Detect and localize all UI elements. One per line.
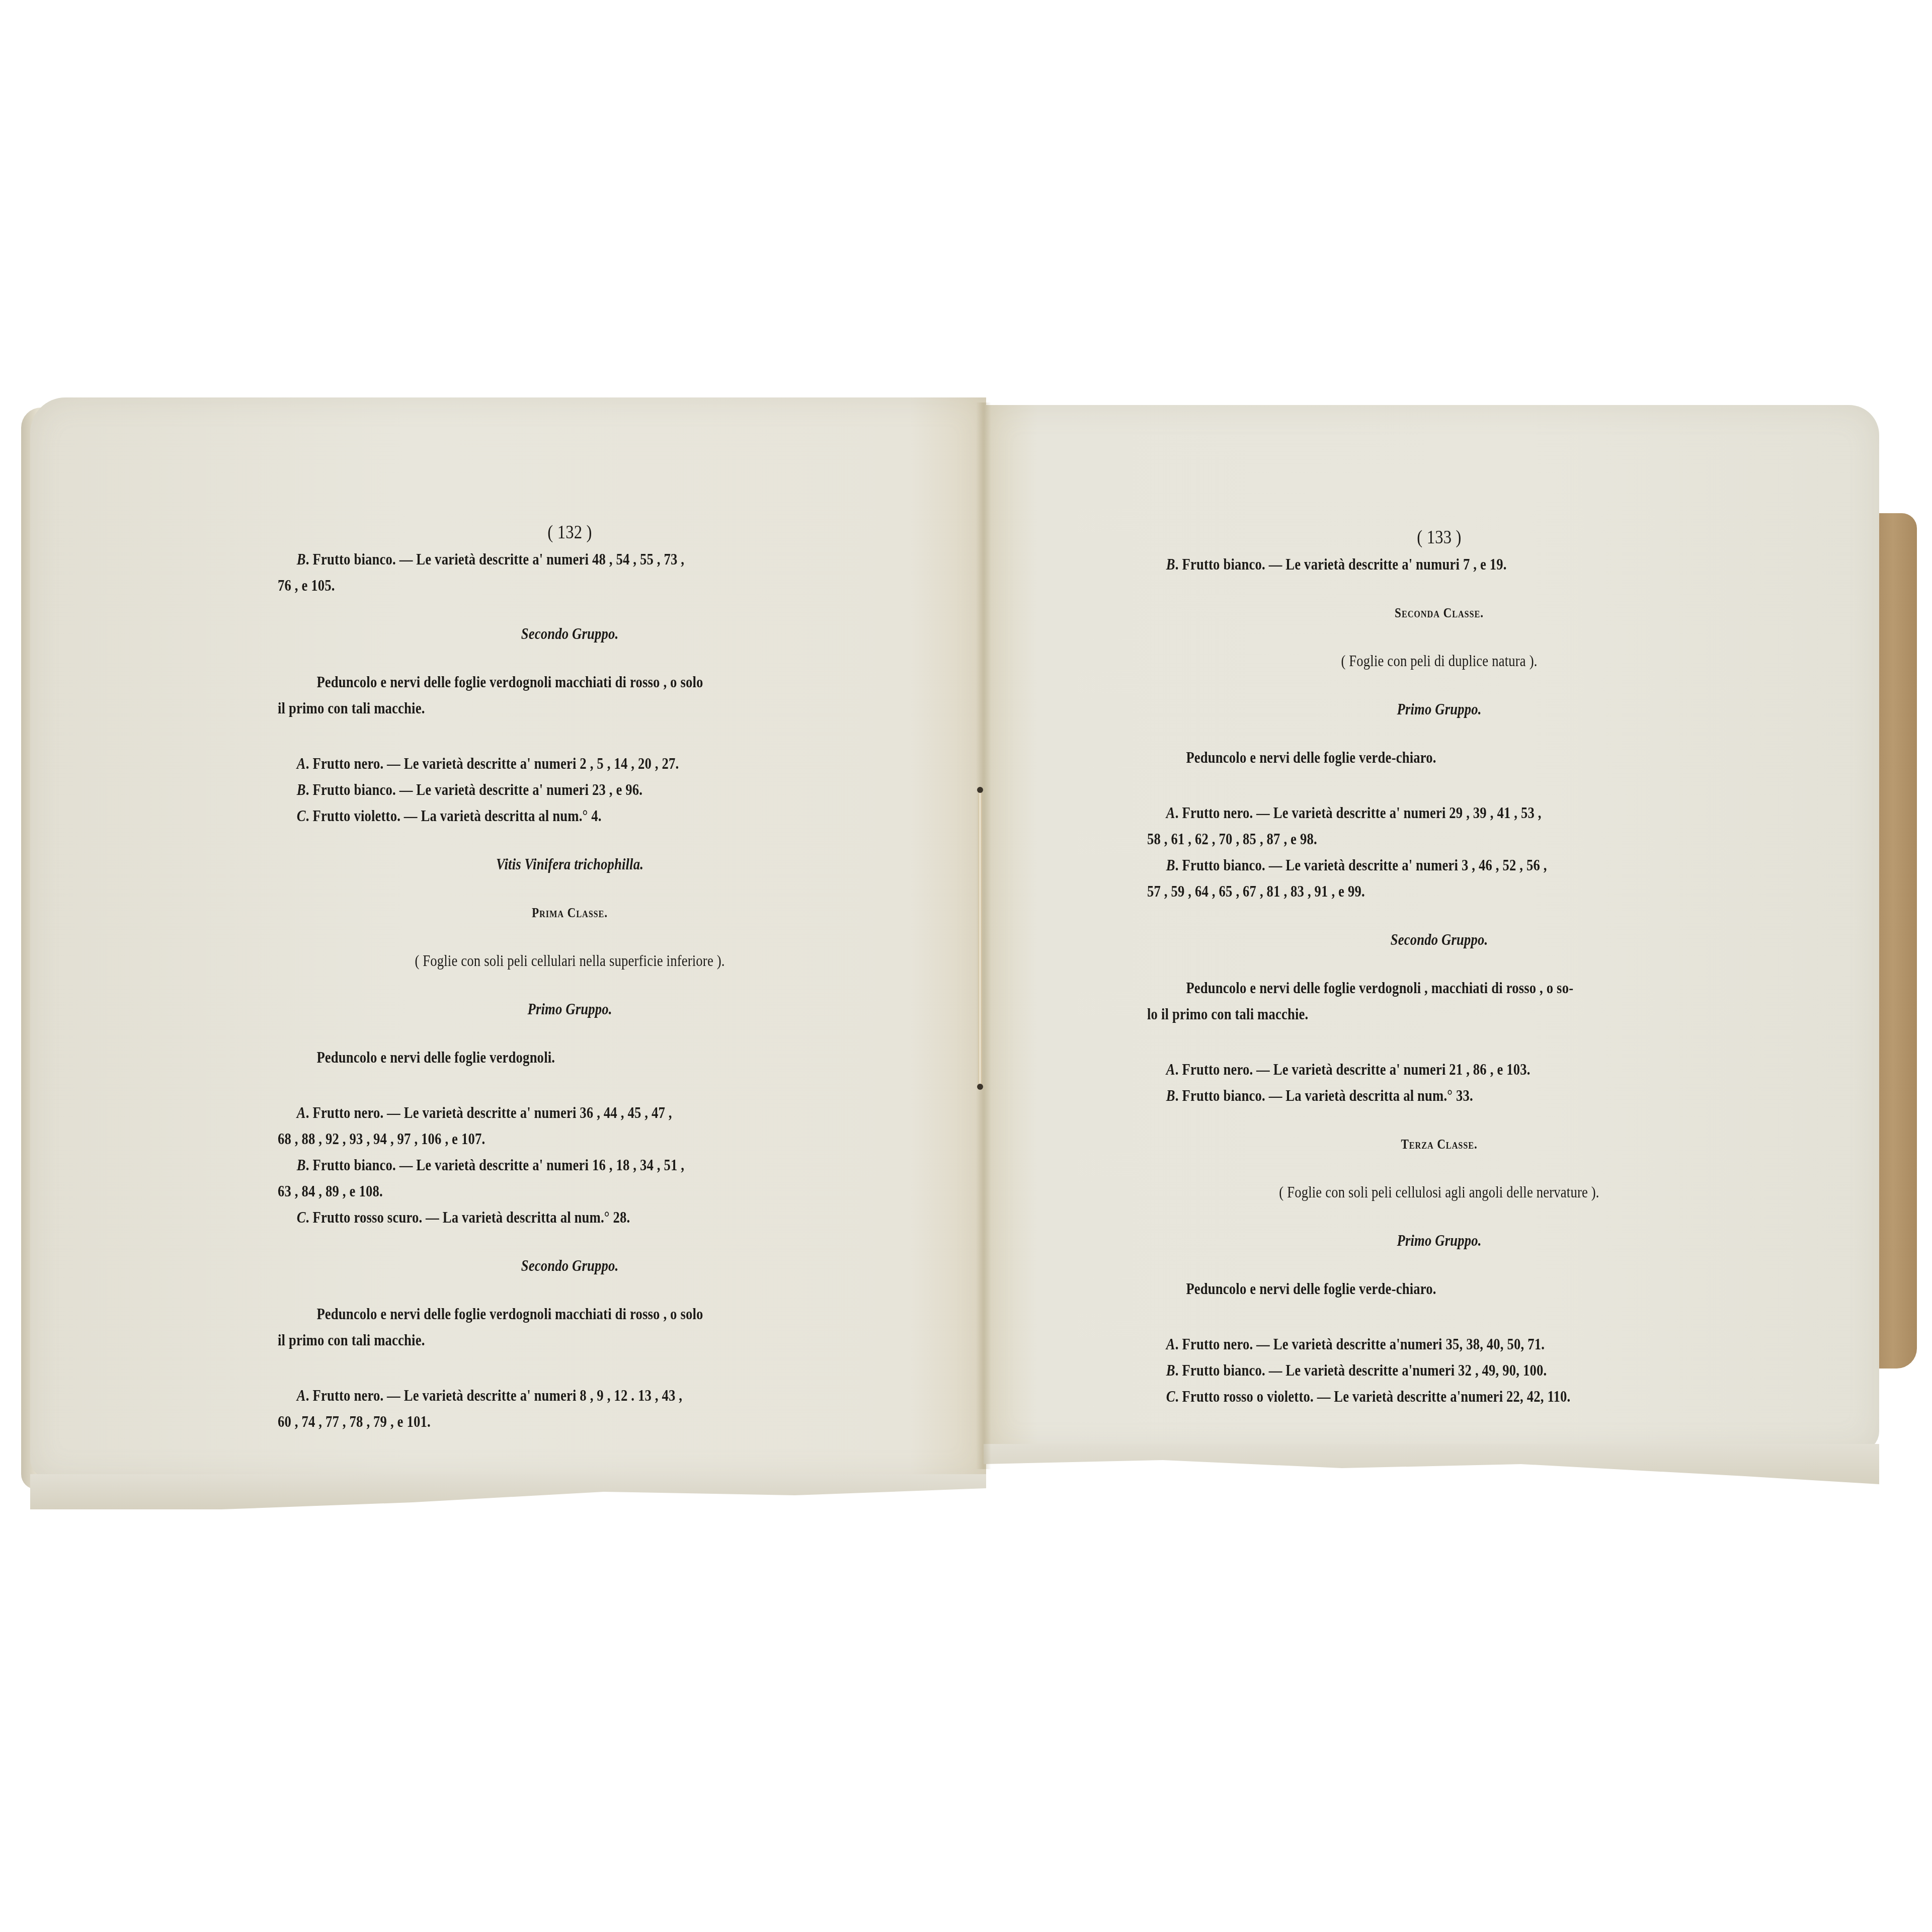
spacer (278, 1071, 862, 1100)
entry-text: — Le varietà descritte a' numeri 36 , 44… (387, 1104, 672, 1121)
section-heading: Secondo Gruppo. (278, 1253, 862, 1279)
right-page-torn-edge (984, 1444, 1879, 1484)
entry-continuation: 76 , e 105. (278, 573, 862, 599)
paragraph-text: Peduncolo e nervi delle foglie verdognol… (1186, 979, 1573, 997)
entry-letter: A (1166, 1061, 1175, 1078)
left-page-content: B. Frutto bianco. — Le varietà descritte… (278, 546, 862, 1435)
variety-entry: B. Frutto bianco. — Le varietà descritte… (278, 546, 862, 599)
spacer (1147, 578, 1731, 600)
entry-text: — Le varietà descritte a'numeri 22, 42, … (1317, 1388, 1571, 1405)
entry-letter: B (297, 781, 306, 798)
variety-entry: A. Frutto nero. — Le varietà descritte a… (278, 1383, 862, 1435)
open-book: ( 132 ) B. Frutto bianco. — Le varietà d… (0, 0, 1932, 1932)
paragraph-continuation: lo il primo con tali macchie. (1147, 1001, 1731, 1027)
entry-text: — La varietà descritta al num.° 33. (1269, 1087, 1473, 1104)
spacer (1147, 1254, 1731, 1276)
variety-entry: A. Frutto nero. — Le varietà descritte a… (278, 1100, 862, 1152)
spacer (278, 1022, 862, 1044)
entry-label: Frutto nero. (1182, 1335, 1253, 1353)
entry-text: — Le varietà descritte a'numeri 35, 38, … (1256, 1335, 1545, 1353)
spacer (278, 926, 862, 948)
entry-text: — La varietà descritta al num.° 4. (404, 807, 602, 825)
description-paragraph: Peduncolo e nervi delle foglie verdognol… (278, 1301, 862, 1327)
spacer (1147, 1027, 1731, 1057)
entry-text: — Le varietà descritte a' numeri 21 , 86… (1256, 1061, 1530, 1078)
paragraph-text: Peduncolo e nervi delle foglie verde-chi… (1186, 1280, 1436, 1298)
entry-label: Frutto rosso o violetto. (1182, 1388, 1313, 1405)
spacer (1147, 1157, 1731, 1179)
description-paragraph: Peduncolo e nervi delle foglie verdognol… (278, 1044, 862, 1071)
entry-label: Frutto bianco. (1182, 1087, 1265, 1104)
entry-text: — Le varietà descritte a' numeri 48 , 54… (399, 550, 684, 568)
section-heading: Primo Gruppo. (278, 996, 862, 1022)
paragraph-continuation: il primo con tali macchie. (278, 695, 862, 721)
spacer (1147, 771, 1731, 800)
spacer (1147, 1302, 1731, 1331)
entry-text: — Le varietà descritte a'numeri 32 , 49,… (1269, 1361, 1547, 1379)
spacer (1147, 953, 1731, 975)
variety-entry: B. Frutto bianco. — Le varietà descritte… (1147, 852, 1731, 905)
entry-label: Frutto nero. (1182, 1061, 1253, 1078)
binding-thread (978, 790, 982, 1087)
entry-letter: A (297, 755, 306, 772)
spacer (278, 1353, 862, 1383)
paragraph-text: Peduncolo e nervi delle foglie verdognol… (316, 1305, 703, 1323)
entry-label: Frutto nero. (312, 1104, 383, 1121)
spacer (278, 829, 862, 851)
entry-label: Frutto nero. (312, 1387, 383, 1404)
variety-entry: B. Frutto bianco. — Le varietà descritte… (278, 1152, 862, 1204)
entry-label: Frutto violetto. (312, 807, 400, 825)
right-page-content: B. Frutto bianco. — Le varietà descritte… (1147, 551, 1731, 1410)
paragraph-text: Peduncolo e nervi delle foglie verdognol… (316, 1049, 555, 1066)
variety-entry: A. Frutto nero. — Le varietà descritte a… (1147, 800, 1731, 852)
section-heading: Primo Gruppo. (1147, 1228, 1731, 1254)
paragraph-text: Peduncolo e nervi delle foglie verdognol… (316, 673, 703, 691)
description-paragraph: Peduncolo e nervi delle foglie verde-chi… (1147, 1276, 1731, 1302)
variety-entry: A. Frutto nero. — Le varietà descritte a… (1147, 1331, 1731, 1357)
entry-letter: A (1166, 1335, 1175, 1353)
entry-text: — Le varietà descritte a' numeri 3 , 46 … (1269, 856, 1547, 874)
description-paragraph: Peduncolo e nervi delle foglie verdognol… (1147, 975, 1731, 1001)
variety-entry: B. Frutto bianco. — La varietà descritta… (1147, 1083, 1731, 1109)
class-description: ( Foglie con peli di duplice natura ). (1147, 648, 1731, 674)
spacer (278, 721, 862, 751)
spacer (1147, 674, 1731, 696)
entry-letter: B (1166, 1361, 1175, 1379)
entry-continuation: 63 , 84 , 89 , e 108. (278, 1178, 862, 1204)
section-heading: Secondo Gruppo. (278, 621, 862, 647)
variety-entry: B. Frutto bianco. — Le varietà descritte… (1147, 551, 1731, 578)
entry-label: Frutto nero. (312, 755, 383, 772)
class-heading: Seconda Classe. (1147, 600, 1731, 626)
variety-entry: A. Frutto nero. — Le varietà descritte a… (1147, 1057, 1731, 1083)
entry-letter: C (297, 807, 306, 825)
entry-label: Frutto bianco. (1182, 1361, 1265, 1379)
entry-text: — Le varietà descritte a' numeri 16 , 18… (399, 1156, 684, 1174)
spacer (1147, 1205, 1731, 1228)
class-heading: Terza Classe. (1147, 1131, 1731, 1157)
spacer (1147, 626, 1731, 648)
variety-entry: C. Frutto rosso scuro. — La varietà desc… (278, 1204, 862, 1231)
entry-continuation: 57 , 59 , 64 , 65 , 67 , 81 , 83 , 91 , … (1147, 878, 1731, 905)
entry-letter: B (297, 550, 306, 568)
entry-text: — Le varietà descritte a' numeri 8 , 9 ,… (387, 1387, 682, 1404)
entry-label: Frutto bianco. (312, 550, 395, 568)
spacer (1147, 722, 1731, 745)
variety-entry: C. Frutto violetto. — La varietà descrit… (278, 803, 862, 829)
entry-label: Frutto nero. (1182, 804, 1253, 822)
right-page-text: ( 133 ) B. Frutto bianco. — Le varietà d… (1147, 523, 1731, 1410)
entry-letter: C (1166, 1388, 1175, 1405)
spacer (1147, 905, 1731, 927)
entry-text: — Le varietà descritte a' numeri 23 , e … (399, 781, 642, 798)
entry-text: — Le varietà descritte a' numuri 7 , e 1… (1269, 555, 1507, 573)
description-paragraph: Peduncolo e nervi delle foglie verdognol… (278, 669, 862, 695)
entry-letter: B (297, 1156, 306, 1174)
variety-entry: B. Frutto bianco. — Le varietà descritte… (278, 777, 862, 803)
spacer (278, 1231, 862, 1253)
entry-letter: A (297, 1104, 306, 1121)
class-heading: Prima Classe. (278, 900, 862, 926)
spacer (278, 877, 862, 900)
entry-letter: C (297, 1209, 306, 1226)
paragraph-text: Peduncolo e nervi delle foglie verde-chi… (1186, 749, 1436, 766)
entry-letter: A (297, 1387, 306, 1404)
entry-label: Frutto rosso scuro. (312, 1209, 422, 1226)
section-heading: Primo Gruppo. (1147, 696, 1731, 722)
spacer (278, 599, 862, 621)
variety-entry: A. Frutto nero. — Le varietà descritte a… (278, 751, 862, 777)
entry-letter: A (1166, 804, 1175, 822)
entry-label: Frutto bianco. (312, 781, 395, 798)
spacer (1147, 1109, 1731, 1131)
entry-letter: B (1166, 856, 1175, 874)
entry-text: — Le varietà descritte a' numeri 29 , 39… (1256, 804, 1541, 822)
variety-entry: B. Frutto bianco. — Le varietà descritte… (1147, 1357, 1731, 1384)
entry-text: — La varietà descritta al num.° 28. (426, 1209, 630, 1226)
entry-label: Frutto bianco. (312, 1156, 395, 1174)
entry-text: — Le varietà descritte a' numeri 2 , 5 ,… (387, 755, 679, 772)
entry-letter: B (1166, 555, 1175, 573)
spacer (278, 974, 862, 996)
description-paragraph: Peduncolo e nervi delle foglie verde-chi… (1147, 745, 1731, 771)
spacer (278, 1279, 862, 1301)
page-number: ( 133 ) (1147, 523, 1731, 551)
entry-continuation: 68 , 88 , 92 , 93 , 94 , 97 , 106 , e 10… (278, 1126, 862, 1152)
section-heading: Vitis Vinifera trichophilla. (278, 851, 862, 877)
entry-label: Frutto bianco. (1182, 856, 1265, 874)
left-page-torn-edge (30, 1474, 986, 1509)
entry-letter: B (1166, 1087, 1175, 1104)
paragraph-continuation: il primo con tali macchie. (278, 1327, 862, 1353)
entry-continuation: 60 , 74 , 77 , 78 , 79 , e 101. (278, 1409, 862, 1435)
class-description: ( Foglie con soli peli cellulari nella s… (278, 948, 862, 974)
spacer (278, 647, 862, 669)
entry-label: Frutto bianco. (1182, 555, 1265, 573)
variety-entry: C. Frutto rosso o violetto. — Le varietà… (1147, 1384, 1731, 1410)
page-number: ( 132 ) (278, 518, 862, 546)
entry-continuation: 58 , 61 , 62 , 70 , 85 , 87 , e 98. (1147, 826, 1731, 852)
class-description: ( Foglie con soli peli cellulosi agli an… (1147, 1179, 1731, 1205)
section-heading: Secondo Gruppo. (1147, 927, 1731, 953)
left-page-text: ( 132 ) B. Frutto bianco. — Le varietà d… (278, 518, 862, 1435)
